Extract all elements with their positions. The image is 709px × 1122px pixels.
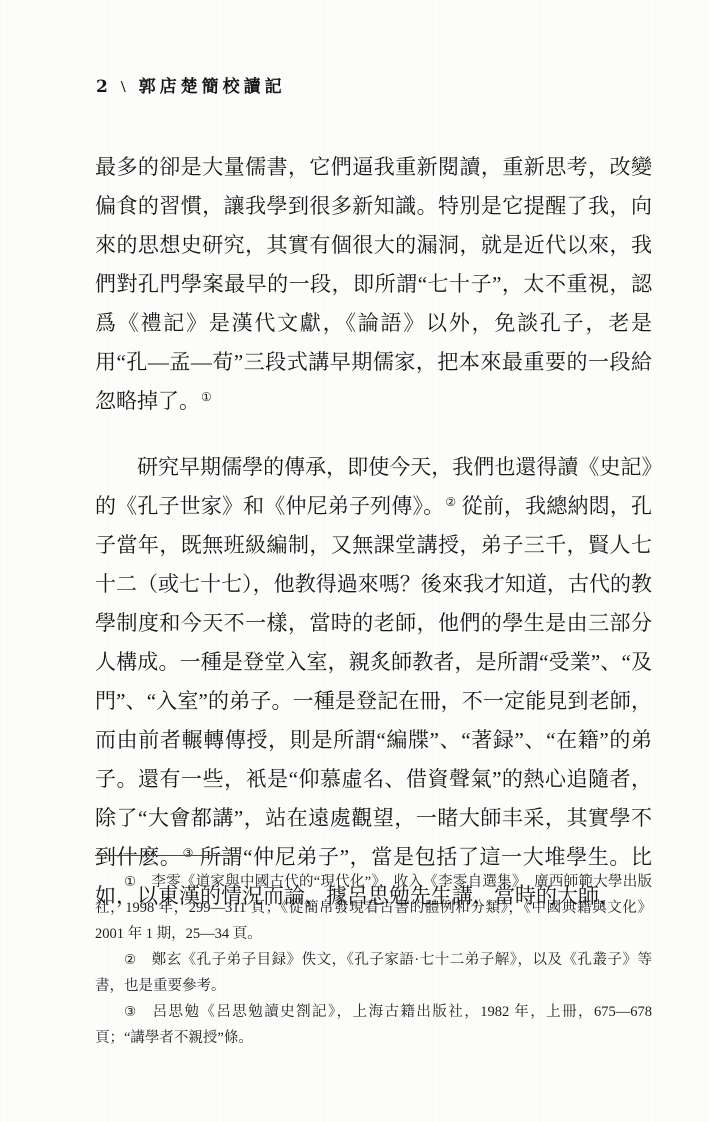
footnote-separator <box>95 855 238 856</box>
footnote-marker: ① <box>124 874 136 889</box>
footnote-text: 鄭玄《孔子弟子目録》佚文，《孔子家語·七十二弟子解》，以及《孔叢子》等書，也是重… <box>95 952 652 994</box>
footnote-marker: ③ <box>124 1004 138 1019</box>
book-page: 2\郭店楚簡校讀記 最多的卻是大量儒書，它們逼我重新閱讀，重新思考，改變偏食的習… <box>0 0 709 1122</box>
footnote-ref: ① <box>201 390 212 404</box>
footnote-text: 李零《道家與中國古代的“現代化”》，收入《李零自選集》，廣西師範大學出版社，19… <box>95 874 652 942</box>
paragraph: 研究早期儒學的傳承，即使今天，我們也還得讀《史記》的《孔子世家》和《仲尼弟子列傳… <box>95 448 652 916</box>
footnote-ref: ③ <box>183 846 194 860</box>
footnote-ref: ② <box>445 495 456 509</box>
footnote-item: ②鄭玄《孔子弟子目録》佚文，《孔子家語·七十二弟子解》，以及《孔叢子》等書，也是… <box>95 947 652 999</box>
footnote-item: ③呂思勉《呂思勉讀史劄記》，上海古籍出版社，1982 年，上冊，675—678 … <box>95 999 652 1051</box>
book-title: 郭店楚簡校讀記 <box>139 77 286 96</box>
footnote-item: ①李零《道家與中國古代的“現代化”》，收入《李零自選集》，廣西師範大學出版社，1… <box>95 869 652 947</box>
footnote-marker: ② <box>124 952 137 967</box>
footnote-text: 呂思勉《呂思勉讀史劄記》，上海古籍出版社，1982 年，上冊，675—678 頁… <box>95 1004 652 1046</box>
header-divider: \ <box>121 77 126 96</box>
page-number: 2 <box>96 77 108 97</box>
running-head: 2\郭店楚簡校讀記 <box>96 72 286 97</box>
footnotes: ①李零《道家與中國古代的“現代化”》，收入《李零自選集》，廣西師範大學出版社，1… <box>95 869 652 1051</box>
paragraph: 最多的卻是大量儒書，它們逼我重新閱讀，重新思考，改變偏食的習慣，讓我學到很多新知… <box>95 148 652 421</box>
body-text: 最多的卻是大量儒書，它們逼我重新閱讀，重新思考，改變偏食的習慣，讓我學到很多新知… <box>95 148 652 916</box>
